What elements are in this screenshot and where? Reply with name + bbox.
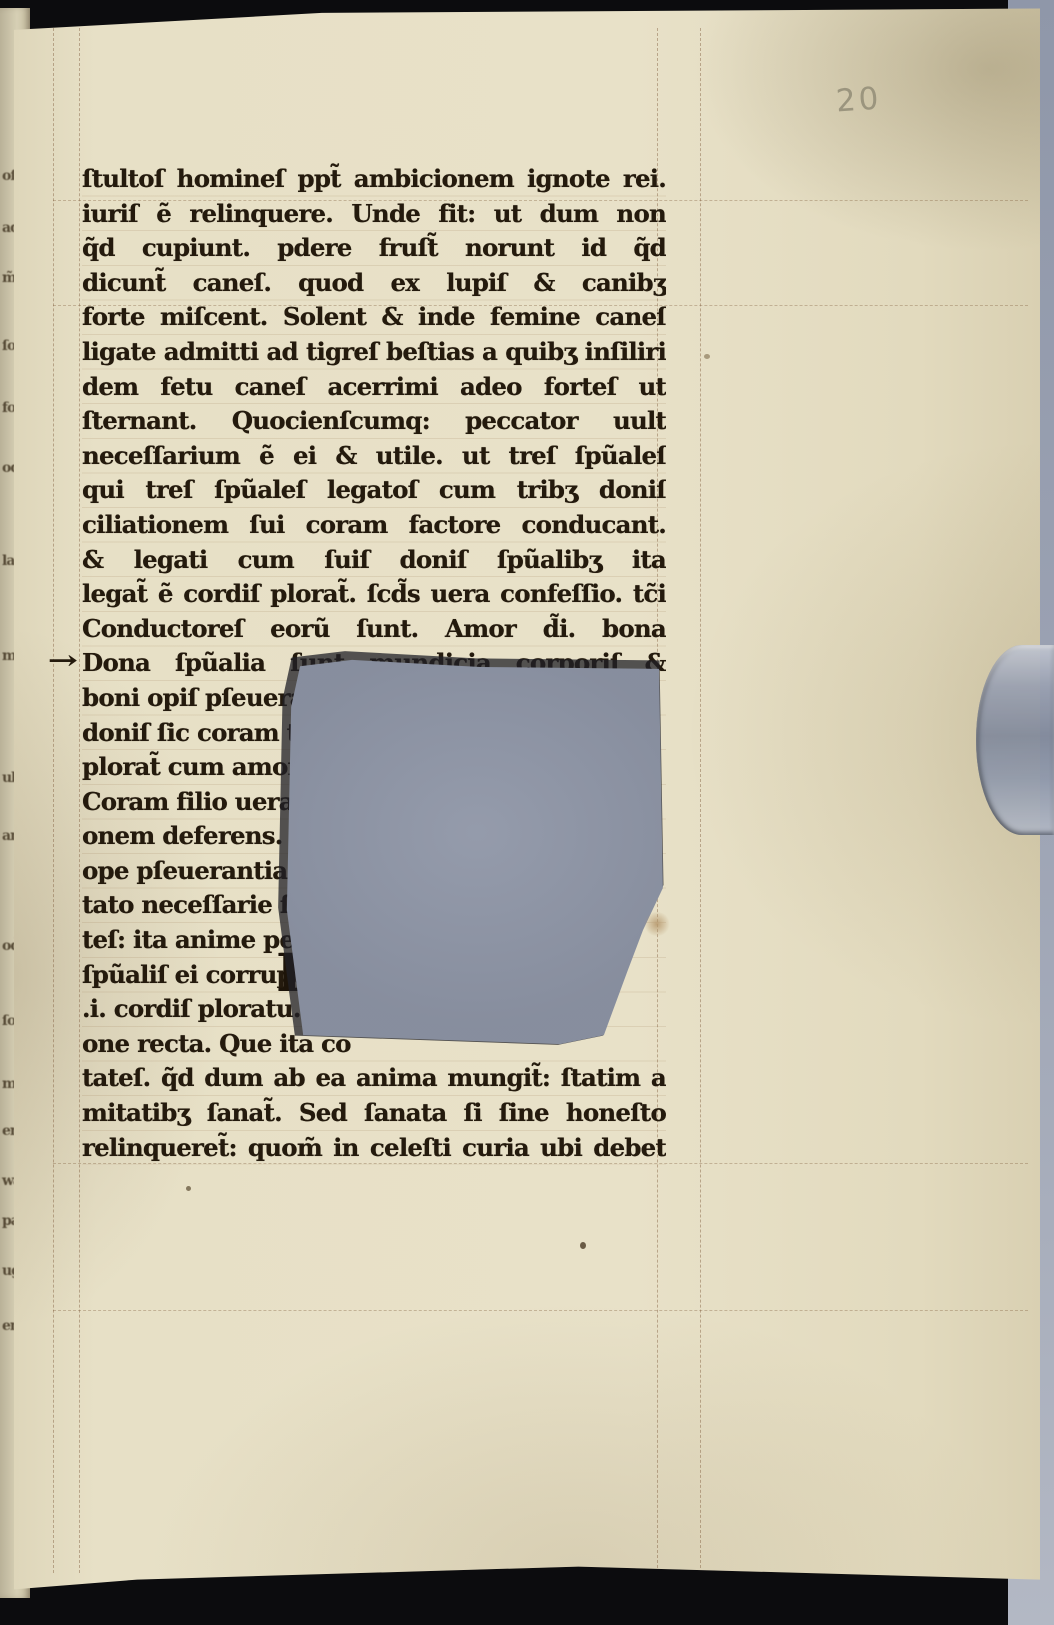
text-line: forte miſcent. Solent & inde femine cane… [82,300,666,335]
parchment-page: 20 ſtultoſ homineſ ppt̃ ambicionem ignot… [14,4,1040,1625]
text-line: tateſ. q̃d dum ab ea anima mungit̃: ſtat… [82,1061,666,1096]
text-line: ſtultoſ homineſ ppt̃ ambicionem ignote r… [82,162,666,197]
ruling-horizontal-bottom-2 [53,1310,1028,1311]
text-line: & legati cum ſuiſ doniſ ſpũalibʒ ita diſ… [82,543,666,578]
text-line: q̃d cupiunt. pdere fruſt̃ norunt id q̃d … [82,231,666,266]
paragraph-mark: → [48,646,79,676]
ink-speck [704,354,710,359]
ink-speck [186,1186,191,1191]
text-line: qui treſ ſpũaleſ legatoſ cum tribʒ doniſ… [82,473,666,508]
text-line: legat̃ ẽ cordiſ plorat̃. ſcd̃s uera conf… [82,577,666,612]
text-line: dicunt̃ caneſ. quod ex lupiſ & canibʒ na… [82,266,666,301]
ruling-vertical-left-outer [53,28,54,1573]
text-line: mitatibʒ ſanat̃. Sed ſanata ſi ſine hone… [82,1096,666,1131]
text-line: ſternant. Quocienſcumq: peccator uult fa… [82,404,666,439]
text-line: dem fetu caneſ acerrimi adeo forteſ ut c… [82,370,666,405]
stain-near-patch [644,912,670,936]
ruling-vertical-left-inner [79,28,80,1573]
folio-number: 20 [835,80,883,119]
manuscript-photo: { "photo": { "folio_number": "20", "kind… [0,0,1054,1625]
ink-speck [580,1242,586,1249]
text-line: Conductoreſ eorũ ſunt. Amor d̃i. bona uo… [82,612,666,647]
text-line: relinqueret̃: quom̃ in celeſti curia ubi… [82,1131,666,1166]
text-line: ligate admitti ad tigreſ beſtias a quibʒ… [82,335,666,370]
text-line: ciliationem ſui coram factore conducant.… [82,508,666,543]
repair-patch [283,656,671,1048]
ruling-vertical-right-outer [700,28,701,1573]
text-line: iuriſ ẽ relinquere. Unde fit: ut dum non… [82,197,666,232]
text-line: neceſſarium ẽ ei & utile. ut treſ ſpũale… [82,439,666,474]
